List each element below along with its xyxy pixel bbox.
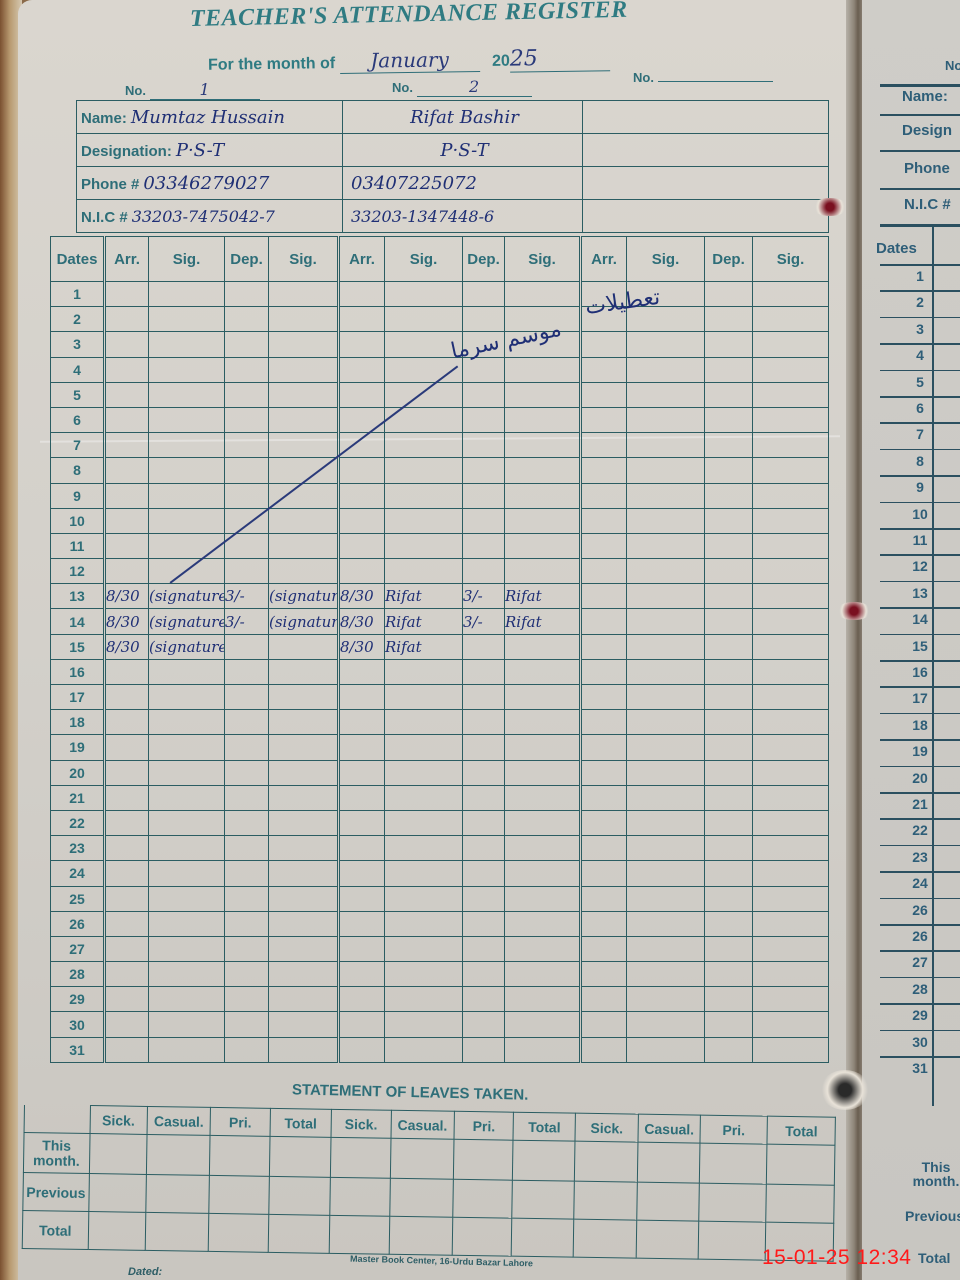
attendance-cell[interactable] [505, 659, 581, 684]
attendance-cell[interactable] [105, 987, 149, 1012]
attendance-cell[interactable] [225, 911, 269, 936]
attendance-cell[interactable] [627, 634, 705, 659]
attendance-cell[interactable]: 8/30 [105, 584, 149, 609]
attendance-cell[interactable] [149, 483, 225, 508]
attendance-cell[interactable] [463, 987, 505, 1012]
attendance-cell[interactable] [753, 332, 829, 357]
attendance-cell[interactable] [581, 987, 627, 1012]
attendance-cell[interactable] [627, 332, 705, 357]
attendance-cell[interactable]: (signature) [269, 584, 339, 609]
attendance-cell[interactable] [705, 785, 753, 810]
attendance-cell[interactable] [627, 785, 705, 810]
attendance-cell[interactable] [581, 458, 627, 483]
attendance-cell[interactable] [225, 407, 269, 432]
attendance-cell[interactable] [705, 836, 753, 861]
attendance-cell[interactable] [225, 634, 269, 659]
attendance-cell[interactable] [581, 382, 627, 407]
attendance-cell[interactable] [581, 886, 627, 911]
attendance-cell[interactable] [385, 760, 463, 785]
attendance-cell[interactable] [385, 282, 463, 307]
attendance-cell[interactable] [627, 1012, 705, 1037]
attendance-cell[interactable] [505, 710, 581, 735]
attendance-cell[interactable] [627, 407, 705, 432]
attendance-cell[interactable] [753, 1012, 829, 1037]
teacher-1-phone-cell[interactable]: Phone #03346279027 [77, 167, 343, 200]
attendance-cell[interactable] [705, 685, 753, 710]
attendance-cell[interactable] [225, 760, 269, 785]
attendance-cell[interactable] [705, 609, 753, 634]
attendance-cell[interactable]: Rifat [505, 584, 581, 609]
attendance-cell[interactable] [627, 508, 705, 533]
attendance-cell[interactable] [753, 609, 829, 634]
attendance-cell[interactable]: Rifat [505, 609, 581, 634]
attendance-cell[interactable] [225, 886, 269, 911]
attendance-cell[interactable] [463, 307, 505, 332]
attendance-cell[interactable]: 3/- [225, 584, 269, 609]
attendance-cell[interactable] [505, 936, 581, 961]
attendance-cell[interactable] [339, 861, 385, 886]
attendance-cell[interactable] [385, 710, 463, 735]
attendance-cell[interactable] [269, 1012, 339, 1037]
attendance-cell[interactable] [463, 1012, 505, 1037]
attendance-cell[interactable] [105, 785, 149, 810]
attendance-cell[interactable] [225, 962, 269, 987]
attendance-cell[interactable] [581, 936, 627, 961]
attendance-cell[interactable] [753, 282, 829, 307]
attendance-cell[interactable]: 3/- [463, 609, 505, 634]
attendance-cell[interactable] [105, 307, 149, 332]
attendance-cell[interactable] [339, 483, 385, 508]
attendance-cell[interactable] [149, 962, 225, 987]
attendance-cell[interactable] [505, 559, 581, 584]
attendance-cell[interactable] [705, 458, 753, 483]
attendance-cell[interactable] [149, 710, 225, 735]
attendance-cell[interactable] [505, 1012, 581, 1037]
attendance-cell[interactable] [581, 559, 627, 584]
attendance-cell[interactable]: Rifat [385, 584, 463, 609]
attendance-cell[interactable] [505, 634, 581, 659]
attendance-cell[interactable] [581, 735, 627, 760]
attendance-cell[interactable] [269, 1037, 339, 1062]
attendance-cell[interactable] [581, 760, 627, 785]
attendance-cell[interactable] [149, 659, 225, 684]
attendance-cell[interactable] [705, 710, 753, 735]
attendance-cell[interactable] [627, 836, 705, 861]
attendance-cell[interactable] [753, 357, 829, 382]
attendance-cell[interactable] [149, 810, 225, 835]
attendance-cell[interactable] [505, 685, 581, 710]
attendance-cell[interactable] [753, 508, 829, 533]
attendance-cell[interactable] [463, 458, 505, 483]
attendance-cell[interactable] [105, 559, 149, 584]
attendance-cell[interactable] [339, 710, 385, 735]
attendance-cell[interactable] [225, 1012, 269, 1037]
attendance-cell[interactable]: 8/30 [339, 634, 385, 659]
attendance-cell[interactable] [385, 785, 463, 810]
attendance-cell[interactable] [627, 533, 705, 558]
attendance-cell[interactable] [627, 458, 705, 483]
attendance-cell[interactable] [705, 533, 753, 558]
attendance-cell[interactable] [705, 282, 753, 307]
attendance-cell[interactable] [753, 584, 829, 609]
attendance-cell[interactable] [753, 533, 829, 558]
attendance-cell[interactable] [753, 307, 829, 332]
attendance-cell[interactable] [269, 307, 339, 332]
attendance-cell[interactable] [753, 710, 829, 735]
attendance-cell[interactable] [269, 407, 339, 432]
attendance-cell[interactable] [463, 911, 505, 936]
attendance-cell[interactable] [149, 282, 225, 307]
attendance-cell[interactable]: (signature) [149, 634, 225, 659]
attendance-cell[interactable] [505, 508, 581, 533]
attendance-cell[interactable] [385, 962, 463, 987]
attendance-cell[interactable] [753, 962, 829, 987]
attendance-cell[interactable] [581, 861, 627, 886]
attendance-cell[interactable] [105, 458, 149, 483]
attendance-cell[interactable] [753, 810, 829, 835]
attendance-cell[interactable] [753, 634, 829, 659]
attendance-cell[interactable] [463, 634, 505, 659]
attendance-cell[interactable] [269, 559, 339, 584]
attendance-cell[interactable] [339, 987, 385, 1012]
attendance-cell[interactable] [581, 836, 627, 861]
attendance-cell[interactable] [505, 785, 581, 810]
attendance-cell[interactable] [463, 382, 505, 407]
attendance-cell[interactable] [269, 332, 339, 357]
attendance-cell[interactable] [463, 710, 505, 735]
attendance-cell[interactable] [339, 533, 385, 558]
attendance-cell[interactable] [385, 735, 463, 760]
attendance-cell[interactable] [705, 332, 753, 357]
attendance-cell[interactable] [627, 584, 705, 609]
attendance-cell[interactable] [463, 886, 505, 911]
attendance-cell[interactable] [581, 962, 627, 987]
attendance-cell[interactable] [581, 533, 627, 558]
attendance-cell[interactable] [385, 836, 463, 861]
attendance-cell[interactable] [339, 357, 385, 382]
attendance-cell[interactable] [463, 483, 505, 508]
attendance-cell[interactable] [105, 735, 149, 760]
attendance-cell[interactable] [339, 407, 385, 432]
attendance-cell[interactable] [753, 382, 829, 407]
attendance-cell[interactable] [705, 886, 753, 911]
teacher-2-designation-cell[interactable]: P·S-T [343, 134, 583, 167]
attendance-cell[interactable] [705, 936, 753, 961]
attendance-cell[interactable] [705, 433, 753, 458]
attendance-cell[interactable] [269, 735, 339, 760]
attendance-cell[interactable] [753, 407, 829, 432]
attendance-cell[interactable] [105, 685, 149, 710]
attendance-cell[interactable] [627, 1037, 705, 1062]
attendance-cell[interactable] [149, 357, 225, 382]
attendance-cell[interactable] [463, 559, 505, 584]
attendance-cell[interactable] [705, 1012, 753, 1037]
attendance-cell[interactable] [505, 483, 581, 508]
attendance-cell[interactable] [149, 1037, 225, 1062]
attendance-cell[interactable] [149, 836, 225, 861]
attendance-cell[interactable] [225, 483, 269, 508]
attendance-cell[interactable] [753, 483, 829, 508]
attendance-cell[interactable]: 3/- [463, 584, 505, 609]
attendance-cell[interactable]: Rifat [385, 609, 463, 634]
attendance-cell[interactable]: 8/30 [105, 609, 149, 634]
attendance-cell[interactable] [105, 282, 149, 307]
attendance-cell[interactable] [269, 962, 339, 987]
attendance-cell[interactable] [505, 282, 581, 307]
attendance-cell[interactable] [339, 282, 385, 307]
attendance-cell[interactable] [149, 936, 225, 961]
attendance-cell[interactable] [705, 559, 753, 584]
attendance-cell[interactable] [705, 584, 753, 609]
attendance-cell[interactable] [269, 886, 339, 911]
attendance-cell[interactable] [339, 1012, 385, 1037]
attendance-cell[interactable] [627, 559, 705, 584]
attendance-cell[interactable] [225, 1037, 269, 1062]
attendance-cell[interactable] [225, 685, 269, 710]
attendance-cell[interactable] [269, 760, 339, 785]
attendance-cell[interactable] [149, 508, 225, 533]
attendance-cell[interactable] [505, 735, 581, 760]
attendance-cell[interactable] [269, 861, 339, 886]
attendance-cell[interactable] [463, 760, 505, 785]
attendance-cell[interactable] [105, 710, 149, 735]
attendance-cell[interactable] [463, 810, 505, 835]
attendance-cell[interactable] [581, 1037, 627, 1062]
attendance-cell[interactable] [105, 936, 149, 961]
attendance-cell[interactable] [385, 936, 463, 961]
attendance-cell[interactable] [505, 911, 581, 936]
attendance-cell[interactable] [149, 382, 225, 407]
attendance-cell[interactable] [705, 810, 753, 835]
teacher-1-designation-cell[interactable]: Designation:P·S-T [77, 134, 343, 167]
attendance-cell[interactable] [753, 559, 829, 584]
attendance-cell[interactable] [463, 962, 505, 987]
attendance-cell[interactable] [705, 1037, 753, 1062]
attendance-cell[interactable] [269, 382, 339, 407]
attendance-cell[interactable] [753, 785, 829, 810]
attendance-cell[interactable] [753, 458, 829, 483]
attendance-cell[interactable] [339, 458, 385, 483]
attendance-cell[interactable] [385, 559, 463, 584]
attendance-cell[interactable] [225, 332, 269, 357]
attendance-cell[interactable] [705, 483, 753, 508]
attendance-cell[interactable] [225, 785, 269, 810]
attendance-cell[interactable] [753, 685, 829, 710]
attendance-cell[interactable] [505, 357, 581, 382]
attendance-cell[interactable] [225, 458, 269, 483]
attendance-cell[interactable] [753, 659, 829, 684]
attendance-cell[interactable] [149, 685, 225, 710]
attendance-cell[interactable] [339, 760, 385, 785]
attendance-cell[interactable] [225, 735, 269, 760]
attendance-cell[interactable] [581, 659, 627, 684]
attendance-cell[interactable]: (signature) [149, 584, 225, 609]
attendance-cell[interactable] [627, 609, 705, 634]
attendance-cell[interactable] [385, 1037, 463, 1062]
attendance-cell[interactable] [581, 357, 627, 382]
attendance-cell[interactable] [705, 911, 753, 936]
attendance-cell[interactable] [753, 987, 829, 1012]
attendance-cell[interactable] [385, 433, 463, 458]
attendance-cell[interactable] [385, 1012, 463, 1037]
attendance-cell[interactable] [385, 307, 463, 332]
attendance-cell[interactable] [149, 533, 225, 558]
attendance-cell[interactable] [505, 458, 581, 483]
attendance-cell[interactable] [581, 508, 627, 533]
attendance-cell[interactable] [149, 911, 225, 936]
teacher-3-phone-cell[interactable] [583, 167, 829, 200]
attendance-cell[interactable] [269, 357, 339, 382]
attendance-cell[interactable] [753, 1037, 829, 1062]
attendance-cell[interactable] [225, 382, 269, 407]
attendance-cell[interactable] [269, 634, 339, 659]
attendance-cell[interactable] [149, 987, 225, 1012]
attendance-cell[interactable] [339, 382, 385, 407]
attendance-cell[interactable] [385, 886, 463, 911]
attendance-cell[interactable] [105, 1037, 149, 1062]
attendance-cell[interactable] [225, 559, 269, 584]
attendance-cell[interactable] [463, 685, 505, 710]
attendance-cell[interactable] [269, 987, 339, 1012]
attendance-cell[interactable] [269, 836, 339, 861]
attendance-cell[interactable] [339, 962, 385, 987]
attendance-cell[interactable] [105, 533, 149, 558]
attendance-cell[interactable] [581, 609, 627, 634]
attendance-cell[interactable] [505, 533, 581, 558]
attendance-cell[interactable]: Rifat [385, 634, 463, 659]
attendance-cell[interactable] [505, 382, 581, 407]
teacher-3-name-cell[interactable] [583, 101, 829, 134]
attendance-cell[interactable] [149, 332, 225, 357]
attendance-cell[interactable] [627, 382, 705, 407]
attendance-cell[interactable] [581, 483, 627, 508]
attendance-cell[interactable] [105, 962, 149, 987]
attendance-cell[interactable] [225, 810, 269, 835]
attendance-cell[interactable] [705, 382, 753, 407]
attendance-cell[interactable] [385, 810, 463, 835]
attendance-cell[interactable] [463, 861, 505, 886]
attendance-cell[interactable] [105, 382, 149, 407]
attendance-cell[interactable] [463, 407, 505, 432]
attendance-cell[interactable] [627, 962, 705, 987]
attendance-cell[interactable] [105, 1012, 149, 1037]
attendance-cell[interactable] [581, 584, 627, 609]
attendance-cell[interactable]: 8/30 [339, 609, 385, 634]
attendance-cell[interactable] [581, 407, 627, 432]
attendance-cell[interactable] [705, 760, 753, 785]
attendance-cell[interactable] [225, 710, 269, 735]
attendance-cell[interactable] [627, 861, 705, 886]
attendance-cell[interactable] [385, 911, 463, 936]
attendance-cell[interactable] [581, 433, 627, 458]
attendance-cell[interactable] [753, 936, 829, 961]
attendance-cell[interactable] [581, 685, 627, 710]
attendance-cell[interactable] [705, 307, 753, 332]
attendance-cell[interactable] [463, 836, 505, 861]
attendance-cell[interactable] [581, 332, 627, 357]
attendance-cell[interactable] [753, 735, 829, 760]
attendance-cell[interactable] [225, 282, 269, 307]
attendance-cell[interactable] [339, 659, 385, 684]
attendance-cell[interactable] [149, 861, 225, 886]
attendance-cell[interactable] [225, 836, 269, 861]
attendance-cell[interactable] [627, 483, 705, 508]
attendance-cell[interactable]: 3/- [225, 609, 269, 634]
attendance-cell[interactable] [705, 962, 753, 987]
attendance-cell[interactable] [339, 886, 385, 911]
attendance-cell[interactable] [463, 282, 505, 307]
attendance-cell[interactable] [627, 659, 705, 684]
attendance-cell[interactable] [627, 911, 705, 936]
attendance-cell[interactable] [105, 483, 149, 508]
attendance-cell[interactable] [705, 357, 753, 382]
attendance-cell[interactable] [505, 962, 581, 987]
attendance-cell[interactable] [753, 886, 829, 911]
attendance-cell[interactable] [505, 861, 581, 886]
teacher-2-nic-cell[interactable]: 33203-1347448-6 [343, 200, 583, 233]
attendance-cell[interactable] [105, 861, 149, 886]
attendance-cell[interactable] [705, 987, 753, 1012]
teacher-1-name-cell[interactable]: Name:Mumtaz Hussain [77, 101, 343, 134]
attendance-cell[interactable] [269, 533, 339, 558]
attendance-cell[interactable] [463, 533, 505, 558]
attendance-cell[interactable] [339, 735, 385, 760]
attendance-cell[interactable] [385, 483, 463, 508]
attendance-cell[interactable] [105, 407, 149, 432]
attendance-cell[interactable] [385, 533, 463, 558]
attendance-cell[interactable] [149, 785, 225, 810]
attendance-cell[interactable] [225, 659, 269, 684]
teacher-3-designation-cell[interactable] [583, 134, 829, 167]
attendance-cell[interactable] [339, 785, 385, 810]
attendance-cell[interactable] [269, 282, 339, 307]
attendance-cell[interactable] [505, 886, 581, 911]
attendance-cell[interactable] [463, 1037, 505, 1062]
teacher-1-nic-cell[interactable]: N.I.C #33203-7475042-7 [77, 200, 343, 233]
attendance-cell[interactable] [149, 760, 225, 785]
attendance-cell[interactable] [581, 785, 627, 810]
attendance-cell[interactable] [339, 307, 385, 332]
attendance-cell[interactable] [627, 936, 705, 961]
attendance-cell[interactable] [105, 886, 149, 911]
attendance-cell[interactable] [105, 433, 149, 458]
attendance-cell[interactable] [627, 760, 705, 785]
attendance-cell[interactable] [705, 508, 753, 533]
attendance-cell[interactable] [385, 987, 463, 1012]
attendance-cell[interactable] [149, 307, 225, 332]
attendance-cell[interactable] [753, 760, 829, 785]
attendance-cell[interactable] [505, 407, 581, 432]
attendance-cell[interactable] [505, 836, 581, 861]
attendance-cell[interactable] [105, 836, 149, 861]
attendance-cell[interactable] [627, 886, 705, 911]
attendance-cell[interactable] [581, 1012, 627, 1037]
attendance-cell[interactable] [385, 861, 463, 886]
attendance-cell[interactable] [105, 760, 149, 785]
attendance-cell[interactable] [149, 407, 225, 432]
attendance-cell[interactable] [753, 861, 829, 886]
attendance-cell[interactable] [627, 987, 705, 1012]
attendance-cell[interactable] [269, 483, 339, 508]
attendance-cell[interactable] [339, 810, 385, 835]
attendance-cell[interactable] [105, 810, 149, 835]
attendance-cell[interactable] [505, 760, 581, 785]
attendance-cell[interactable] [225, 861, 269, 886]
attendance-cell[interactable] [581, 810, 627, 835]
attendance-cell[interactable] [753, 836, 829, 861]
attendance-cell[interactable] [339, 936, 385, 961]
attendance-cell[interactable] [339, 508, 385, 533]
